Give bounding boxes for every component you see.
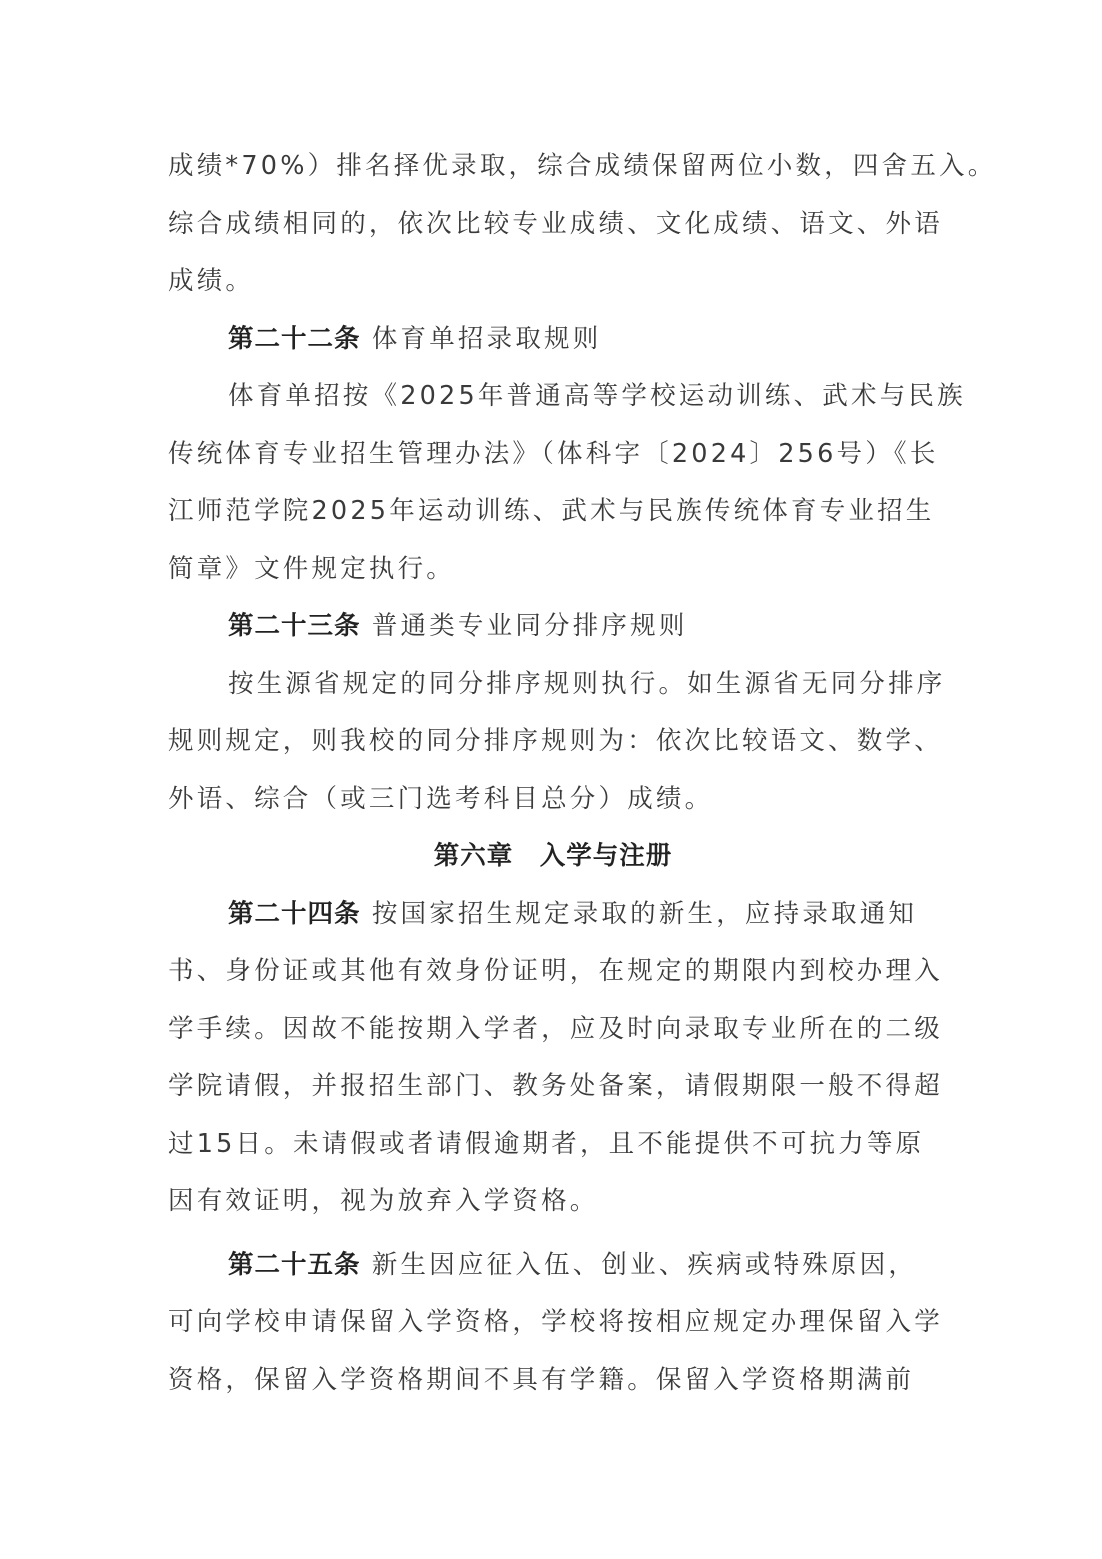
text-line: 规则规定，则我校的同分排序规则为：依次比较语文、数学、 <box>168 713 938 771</box>
text-line: 资格，保留入学资格期间不具有学籍。保留入学资格期满前 <box>168 1352 938 1410</box>
text-line: 简章》文件规定执行。 <box>168 541 938 599</box>
article-title: 体育单招录取规则 <box>372 324 602 354</box>
text-line: 可向学校申请保留入学资格，学校将按相应规定办理保留入学 <box>168 1294 938 1352</box>
text-line: 过15日。未请假或者请假逾期者，且不能提供不可抗力等原 <box>168 1116 938 1174</box>
article-number: 第二十三条 <box>228 611 361 641</box>
text-line: 外语、综合（或三门选考科目总分）成绩。 <box>168 771 938 829</box>
article-24-first-line: 第二十四条 按国家招生规定录取的新生，应持录取通知 <box>168 886 938 944</box>
text-line: 综合成绩相同的，依次比较专业成绩、文化成绩、语文、外语 <box>168 196 938 254</box>
text-line: 书、身份证或其他有效身份证明，在规定的期限内到校办理入 <box>168 943 938 1001</box>
text-line: 成绩*70%）排名择优录取，综合成绩保留两位小数，四舍五入。 <box>168 138 938 196</box>
text-line: 按生源省规定的同分排序规则执行。如生源省无同分排序 <box>168 656 938 714</box>
article-number: 第二十五条 <box>228 1250 361 1280</box>
text-line: 因有效证明，视为放弃入学资格。 <box>168 1173 938 1231</box>
text-line: 体育单招按《2025年普通高等学校运动训练、武术与民族 <box>168 368 938 426</box>
article-25-first-line: 第二十五条 新生因应征入伍、创业、疾病或特殊原因， <box>168 1237 938 1295</box>
article-text: 新生因应征入伍、创业、疾病或特殊原因， <box>372 1250 917 1280</box>
text-line: 江师范学院2025年运动训练、武术与民族传统体育专业招生 <box>168 483 938 541</box>
text-line: 学院请假，并报招生部门、教务处备案，请假期限一般不得超 <box>168 1058 938 1116</box>
chapter-heading: 第六章 入学与注册 <box>168 828 938 886</box>
article-title: 普通类专业同分排序规则 <box>372 611 688 641</box>
text-line: 传统体育专业招生管理办法》（体科字〔2024〕256号）《长 <box>168 426 938 484</box>
article-22-heading: 第二十二条 体育单招录取规则 <box>168 311 938 369</box>
article-number: 第二十四条 <box>228 899 361 929</box>
text-line: 学手续。因故不能按期入学者，应及时向录取专业所在的二级 <box>168 1001 938 1059</box>
document-page: 成绩*70%）排名择优录取，综合成绩保留两位小数，四舍五入。 综合成绩相同的，依… <box>168 138 938 1409</box>
article-23-heading: 第二十三条 普通类专业同分排序规则 <box>168 598 938 656</box>
article-text: 按国家招生规定录取的新生，应持录取通知 <box>372 899 917 929</box>
text-line: 成绩。 <box>168 253 938 311</box>
article-number: 第二十二条 <box>228 324 361 354</box>
